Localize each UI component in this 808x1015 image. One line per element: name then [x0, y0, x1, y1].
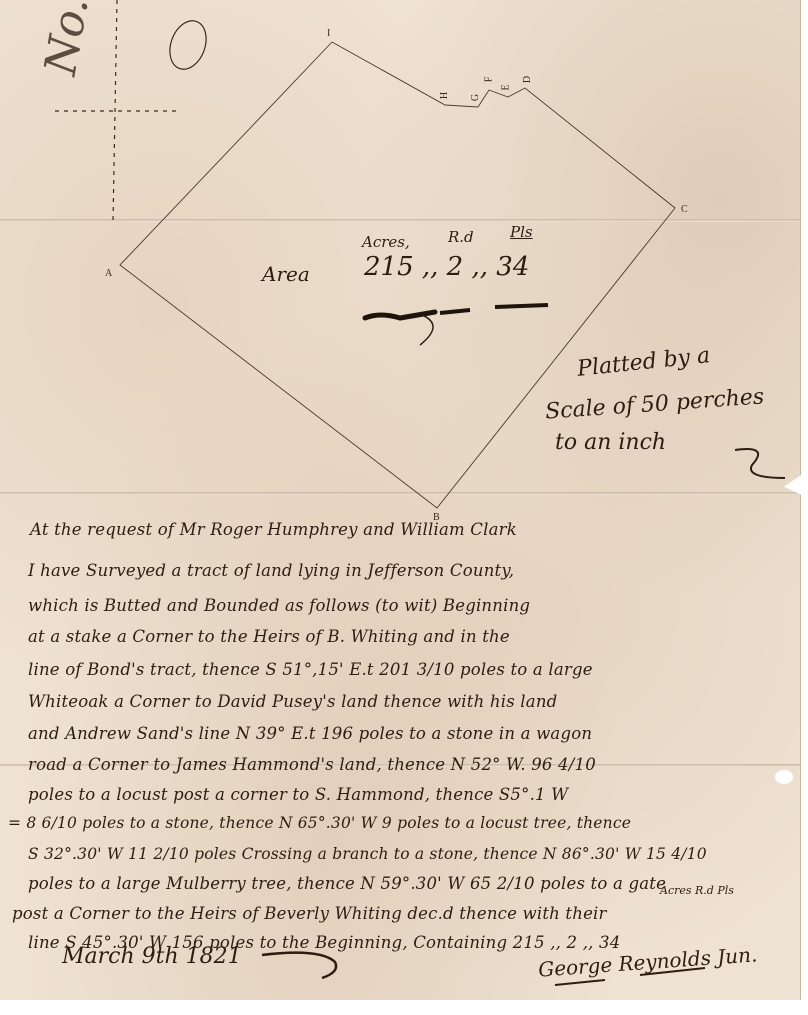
area-header-roods: R.d: [448, 228, 474, 246]
area-value: 215 ,, 2 ,, 34: [364, 252, 529, 282]
closing-area-header: Acres R.d Pls: [660, 884, 734, 897]
corner-label-a: A: [105, 268, 112, 279]
flourish-tail: [735, 449, 785, 478]
document-date: March 9th 1821: [62, 944, 242, 969]
date-flourish: [262, 953, 336, 978]
area-header-poles: Pls: [510, 223, 533, 241]
body-line-10: = 8 6/10 poles to a stone, thence N 65°.…: [8, 814, 631, 832]
body-line-9: poles to a locust post a corner to S. Ha…: [28, 785, 568, 804]
corner-label-i: I: [327, 28, 330, 39]
body-line-4: at a stake a Corner to the Heirs of B. W…: [28, 627, 510, 646]
docket-dotted-vertical: [113, 0, 117, 222]
body-line-12: poles to a large Mulberry tree, thence N…: [28, 874, 666, 893]
area-label: Area: [262, 262, 310, 286]
corner-label-c: C: [681, 204, 688, 215]
flourish-s: [420, 315, 433, 345]
area-header-acres: Acres,: [362, 233, 410, 251]
corner-label-h: H: [439, 92, 450, 99]
body-line-2: I have Surveyed a tract of land lying in…: [28, 561, 514, 580]
scale-note-line-3: to an inch: [555, 430, 666, 455]
corner-label-g: G: [470, 94, 481, 101]
body-line-5: line of Bond's tract, thence S 51°,15' E…: [28, 660, 593, 679]
body-line-6: Whiteoak a Corner to David Pusey's land …: [28, 692, 557, 711]
corner-label-f: F: [483, 77, 494, 83]
docket-flourish-o: [163, 16, 212, 75]
corner-label-d: D: [522, 76, 533, 83]
corner-label-e: E: [501, 84, 512, 90]
flourish-underline: [495, 305, 548, 307]
flourish-underline: [440, 310, 470, 313]
body-line-3: which is Butted and Bounded as follows (…: [28, 596, 530, 615]
body-line-7: and Andrew Sand's line N 39° E.t 196 pol…: [28, 724, 592, 743]
body-line-8: road a Corner to James Hammond's land, t…: [28, 755, 596, 774]
body-line-11: S 32°.30' W 11 2/10 poles Crossing a bra…: [28, 845, 707, 863]
body-line-1: At the request of Mr Roger Humphrey and …: [30, 520, 517, 539]
body-line-13: post a Corner to the Heirs of Beverly Wh…: [12, 904, 607, 923]
flourish-underline: [365, 312, 435, 318]
